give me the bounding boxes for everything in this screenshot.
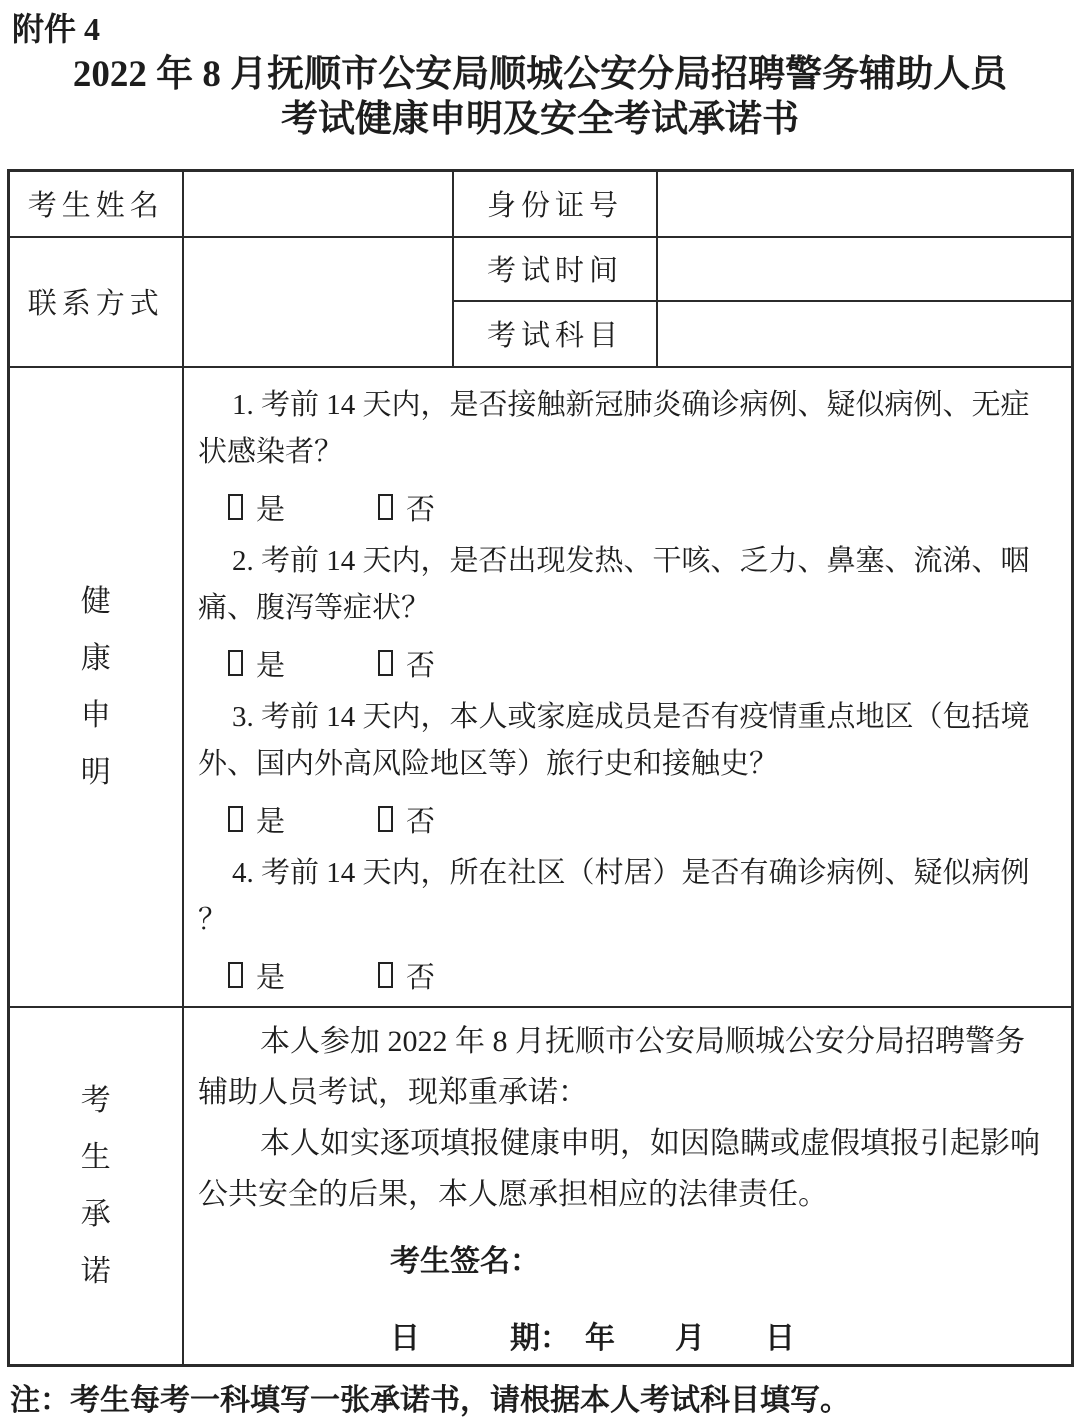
title-line-1: 2022 年 8 月抚顺市公安局顺城公安分局招聘警务辅助人员 <box>0 52 1080 97</box>
question-4-option-yes: 是 <box>228 955 285 996</box>
exam-time-field[interactable] <box>657 237 1072 301</box>
no-label: 否 <box>406 643 435 684</box>
commitment-label-char: 诺 <box>10 1243 183 1300</box>
id-number-field[interactable] <box>657 171 1072 237</box>
signature-label[interactable]: 考生签名： <box>390 1236 1055 1287</box>
yes-label: 是 <box>256 799 285 840</box>
yes-checkbox[interactable] <box>228 962 243 988</box>
commitment-label-char: 生 <box>10 1129 183 1186</box>
health-section-label: 健 康 申 明 <box>10 573 183 801</box>
date-label[interactable]: 日 期： 年 月 日 <box>390 1313 1055 1364</box>
commitment-section-label: 考 生 承 诺 <box>10 1072 183 1300</box>
no-checkbox[interactable] <box>378 494 393 520</box>
row-candidate-commitment: 考 生 承 诺 本人参加 2022 年 8 月抚顺市公安局顺城公安分局招聘警务辅… <box>8 1007 1072 1366</box>
row-name-id: 考生姓名 身份证号 <box>8 171 1072 237</box>
question-3-option-no: 否 <box>378 799 435 840</box>
candidate-name-label: 考生姓名 <box>8 171 183 237</box>
yes-label: 是 <box>256 643 285 684</box>
title-line-2: 考试健康申明及安全考试承诺书 <box>0 97 1080 142</box>
health-questions-cell: 1. 考前 14 天内，是否接触新冠肺炎确诊病例、疑似病例、无症状感染者？ 是 … <box>183 367 1072 1007</box>
no-label: 否 <box>406 955 435 996</box>
no-checkbox[interactable] <box>378 806 393 832</box>
question-1: 1. 考前 14 天内，是否接触新冠肺炎确诊病例、疑似病例、无症状感染者？ <box>198 382 1055 476</box>
no-label: 否 <box>406 487 435 528</box>
yes-label: 是 <box>256 955 285 996</box>
health-label-char: 康 <box>10 630 183 687</box>
commitment-text-cell: 本人参加 2022 年 8 月抚顺市公安局顺城公安分局招聘警务辅助人员考试，现郑… <box>183 1007 1072 1366</box>
exam-subject-field[interactable] <box>657 301 1072 367</box>
question-4-options: 是 否 <box>228 952 1055 999</box>
yes-label: 是 <box>256 487 285 528</box>
footer-note: 注：考生每考一科填写一张承诺书，请根据本人考试科目填写。 <box>10 1380 1080 1422</box>
id-number-label: 身份证号 <box>453 171 657 237</box>
attachment-label: 附件 4 <box>12 8 1080 50</box>
question-1-options: 是 否 <box>228 484 1055 531</box>
health-label-char: 健 <box>10 573 183 630</box>
exam-time-label: 考试时间 <box>453 237 657 301</box>
exam-subject-label: 考试科目 <box>453 301 657 367</box>
commitment-paragraph-1: 本人参加 2022 年 8 月抚顺市公安局顺城公安分局招聘警务辅助人员考试，现郑… <box>198 1016 1055 1118</box>
commitment-section-label-cell: 考 生 承 诺 <box>8 1007 183 1366</box>
commitment-label-char: 考 <box>10 1072 183 1129</box>
document-page: 附件 4 2022 年 8 月抚顺市公安局顺城公安分局招聘警务辅助人员 考试健康… <box>0 0 1080 1428</box>
row-health-declaration: 健 康 申 明 1. 考前 14 天内，是否接触新冠肺炎确诊病例、疑似病例、无症… <box>8 367 1072 1007</box>
question-3-option-yes: 是 <box>228 799 285 840</box>
candidate-name-field[interactable] <box>183 171 453 237</box>
yes-checkbox[interactable] <box>228 650 243 676</box>
form-table: 考生姓名 身份证号 联系方式 考试时间 考试科目 健 康 <box>7 169 1074 1367</box>
question-1-option-no: 否 <box>378 487 435 528</box>
question-2-options: 是 否 <box>228 640 1055 687</box>
question-2-option-no: 否 <box>378 643 435 684</box>
question-4-option-no: 否 <box>378 955 435 996</box>
no-checkbox[interactable] <box>378 650 393 676</box>
contact-field[interactable] <box>183 237 453 367</box>
question-2-option-yes: 是 <box>228 643 285 684</box>
question-4: 4. 考前 14 天内，所在社区（村居）是否有确诊病例、疑似病例 ？ <box>198 850 1055 944</box>
document-title: 2022 年 8 月抚顺市公安局顺城公安分局招聘警务辅助人员 考试健康申明及安全… <box>0 52 1080 142</box>
row-contact-time: 联系方式 考试时间 <box>8 237 1072 301</box>
yes-checkbox[interactable] <box>228 494 243 520</box>
question-3-options: 是 否 <box>228 796 1055 843</box>
question-3: 3. 考前 14 天内，本人或家庭成员是否有疫情重点地区（包括境外、国内外高风险… <box>198 694 1055 788</box>
health-section-label-cell: 健 康 申 明 <box>8 367 183 1007</box>
contact-label: 联系方式 <box>8 237 183 367</box>
health-label-char: 申 <box>10 687 183 744</box>
no-checkbox[interactable] <box>378 962 393 988</box>
health-label-char: 明 <box>10 744 183 801</box>
question-1-option-yes: 是 <box>228 487 285 528</box>
question-2: 2. 考前 14 天内，是否出现发热、干咳、乏力、鼻塞、流涕、咽痛、腹泻等症状？ <box>198 538 1055 632</box>
commitment-label-char: 承 <box>10 1186 183 1243</box>
commitment-paragraph-2: 本人如实逐项填报健康申明，如因隐瞒或虚假填报引起影响公共安全的后果，本人愿承担相… <box>198 1118 1055 1220</box>
no-label: 否 <box>406 799 435 840</box>
yes-checkbox[interactable] <box>228 806 243 832</box>
